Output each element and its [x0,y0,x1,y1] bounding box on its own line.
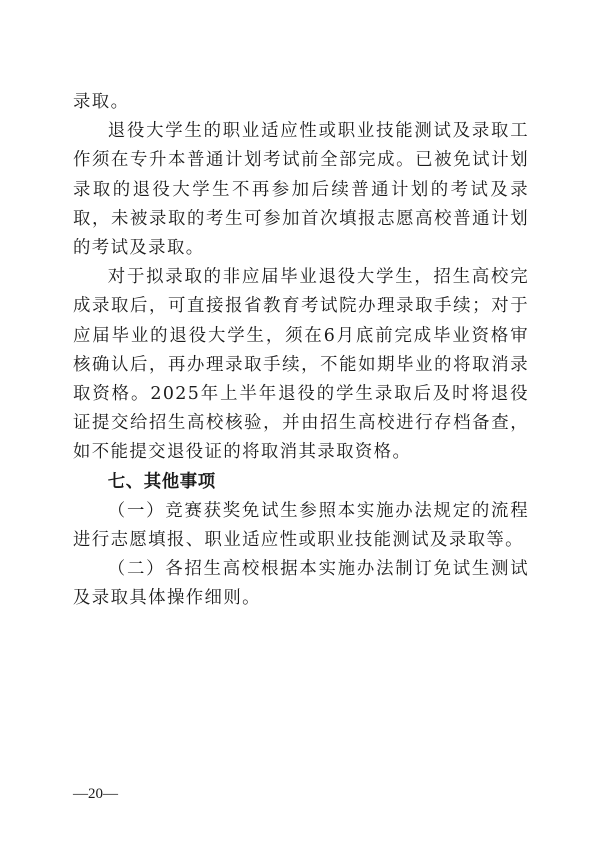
section-heading-other-matters: 七、其他事项 [73,468,529,497]
document-page: 录取。 退役大学生的职业适应性或职业技能测试及录取工作须在专升本普通计划考试前全… [73,88,529,614]
paragraph-continuation: 录取。 [73,88,529,117]
paragraph-item-2: （二）各招生高校根据本实施办法制订免试生测试及录取具体操作细则。 [73,555,529,613]
paragraph-item-1: （一）竞赛获奖免试生参照本实施办法规定的流程进行志愿填报、职业适应性或职业技能测… [73,497,529,555]
paragraph-completion-deadline: 退役大学生的职业适应性或职业技能测试及录取工作须在专升本普通计划考试前全部完成。… [73,117,529,263]
page-number: —20— [73,786,118,803]
paragraph-admission-procedures: 对于拟录取的非应届毕业退役大学生，招生高校完成录取后，可直接报省教育考试院办理录… [73,263,529,467]
